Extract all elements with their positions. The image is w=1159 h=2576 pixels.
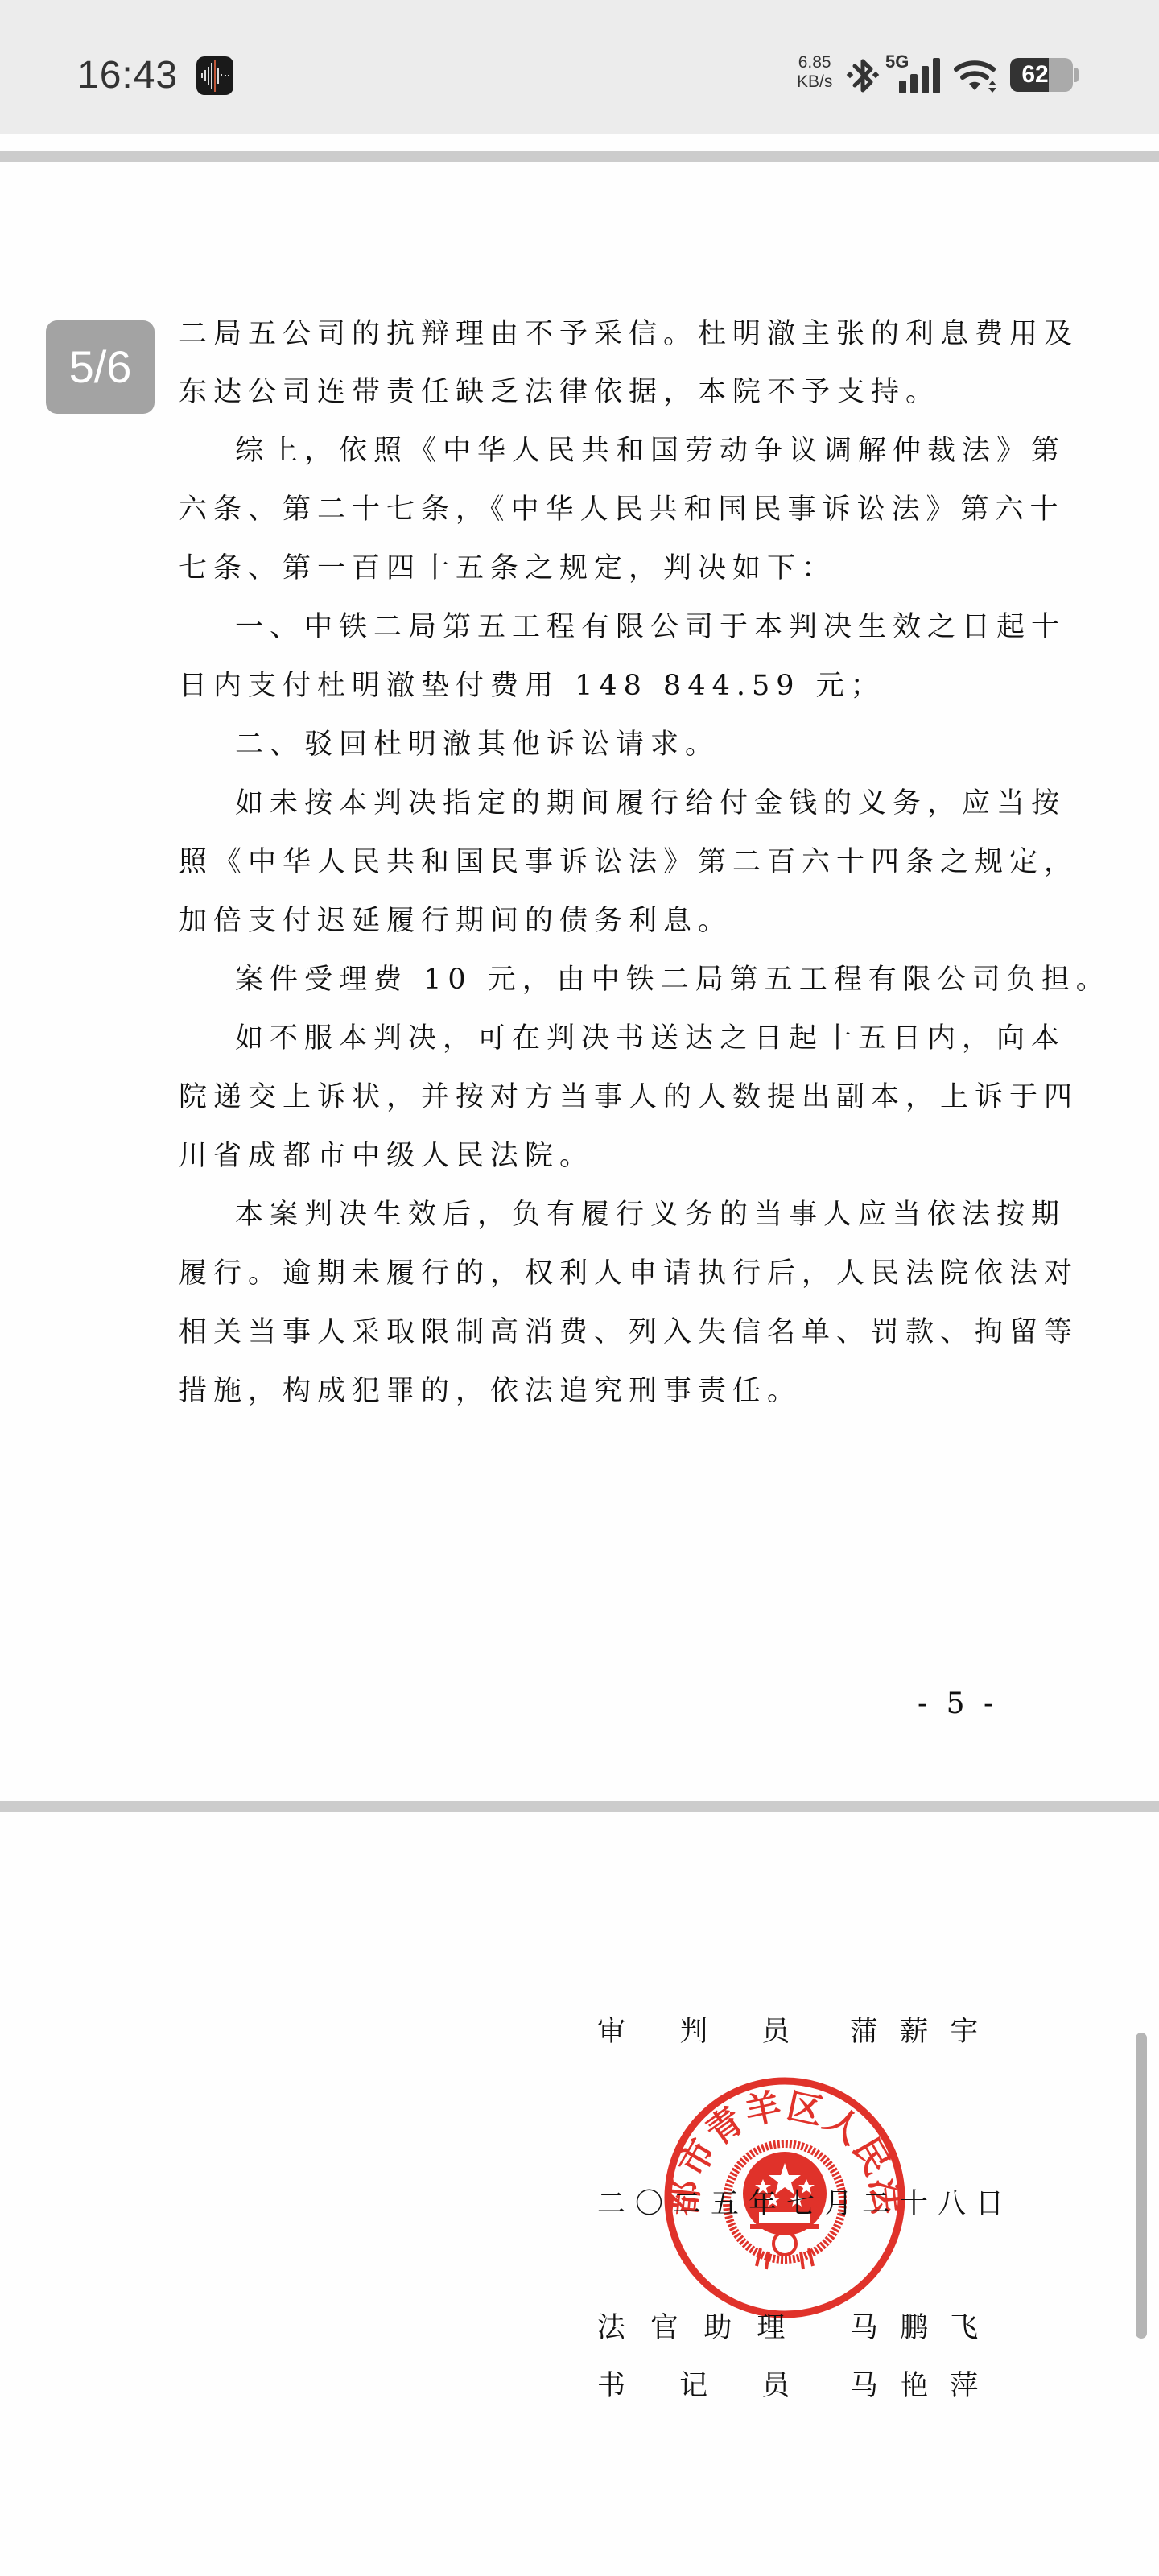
wifi-icon xyxy=(953,56,1001,93)
text-line: 如未按本判决指定的期间履行给付金钱的义务，应当按 xyxy=(235,787,1066,819)
text-line: 七条、第一百四十五条之规定，判决如下： xyxy=(179,552,836,584)
text-line: 如不服本判决，可在判决书送达之日起十五日内，向本 xyxy=(235,1022,1066,1055)
voice-recorder-icon xyxy=(196,56,233,95)
judge-name: 蒲 薪 宇 xyxy=(850,2016,984,2048)
bluetooth-icon xyxy=(845,55,881,97)
battery-icon: 62 xyxy=(1010,58,1073,92)
text-line: 措施，构成犯罪的，依法追究刑事责任。 xyxy=(179,1375,802,1407)
signature-assistant: 法 官 助 理马 鹏 飞 xyxy=(597,2312,984,2344)
signal-icon xyxy=(897,56,942,93)
page-divider xyxy=(0,1801,1159,1812)
text-line: 履行。逾期未履行的，权利人申请执行后，人民法院依法对 xyxy=(179,1257,1079,1290)
battery-tip xyxy=(1074,68,1079,82)
assistant-name: 马 鹏 飞 xyxy=(850,2312,984,2344)
signature-clerk: 书 记 员马 艳 萍 xyxy=(597,2370,984,2402)
text-line: 二局五公司的抗辩理由不予采信。杜明澈主张的利息费用及 xyxy=(179,318,1079,350)
text-line: 综上，依照《中华人民共和国劳动争议调解仲裁法》第 xyxy=(235,435,1066,467)
text-line: 六条、第二十七条，《中华人民共和国民事诉讼法》第六十 xyxy=(179,493,1065,526)
text-line: 加倍支付迟延履行期间的债务利息。 xyxy=(179,905,732,937)
page-divider-top xyxy=(0,151,1159,162)
judgment-date: 二〇二五年七月二十八日 xyxy=(597,2188,1013,2220)
network-speed: 6.85 KB/s xyxy=(797,53,832,92)
text-line: 东达公司连带责任缺乏法律依据，本院不予支持。 xyxy=(179,376,940,408)
text-line: 川省成都市中级人民法院。 xyxy=(179,1140,594,1172)
signature-judge: 审 判 员蒲 薪 宇 xyxy=(597,2016,984,2048)
battery-level: 62 xyxy=(1010,58,1060,92)
text-line: 院递交上诉状，并按对方当事人的人数提出副本，上诉于四 xyxy=(179,1081,1079,1113)
page-indicator: 5/6 xyxy=(46,320,155,414)
clerk-title: 书 记 员 xyxy=(597,2370,850,2402)
judge-title: 审 判 员 xyxy=(597,2016,850,2048)
clerk-name: 马 艳 萍 xyxy=(850,2370,984,2402)
status-bar: 16:43 6.85 KB/s 5G 62 xyxy=(0,0,1159,134)
clock: 16:43 xyxy=(77,53,178,97)
text-line: 照《中华人民共和国民事诉讼法》第二百六十四条之规定， xyxy=(179,846,1079,878)
text-line: 案件受理费 10 元，由中铁二局第五工程有限公司负担。 xyxy=(235,964,1111,996)
text-line: 二、驳回杜明澈其他诉讼请求。 xyxy=(235,729,720,761)
vertical-scrollbar[interactable] xyxy=(1136,2033,1147,2339)
page-footer-number: - 5 - xyxy=(918,1687,998,1720)
text-line: 一、中铁二局第五工程有限公司于本判决生效之日起十 xyxy=(235,611,1066,643)
assistant-title: 法 官 助 理 xyxy=(597,2312,850,2344)
text-line: 相关当事人采取限制高消费、列入失信名单、罚款、拘留等 xyxy=(179,1316,1079,1348)
text-line: 本案判决生效后，负有履行义务的当事人应当依法按期 xyxy=(235,1199,1066,1231)
text-line: 日内支付杜明澈垫付费用 148 844.59 元； xyxy=(179,670,885,702)
